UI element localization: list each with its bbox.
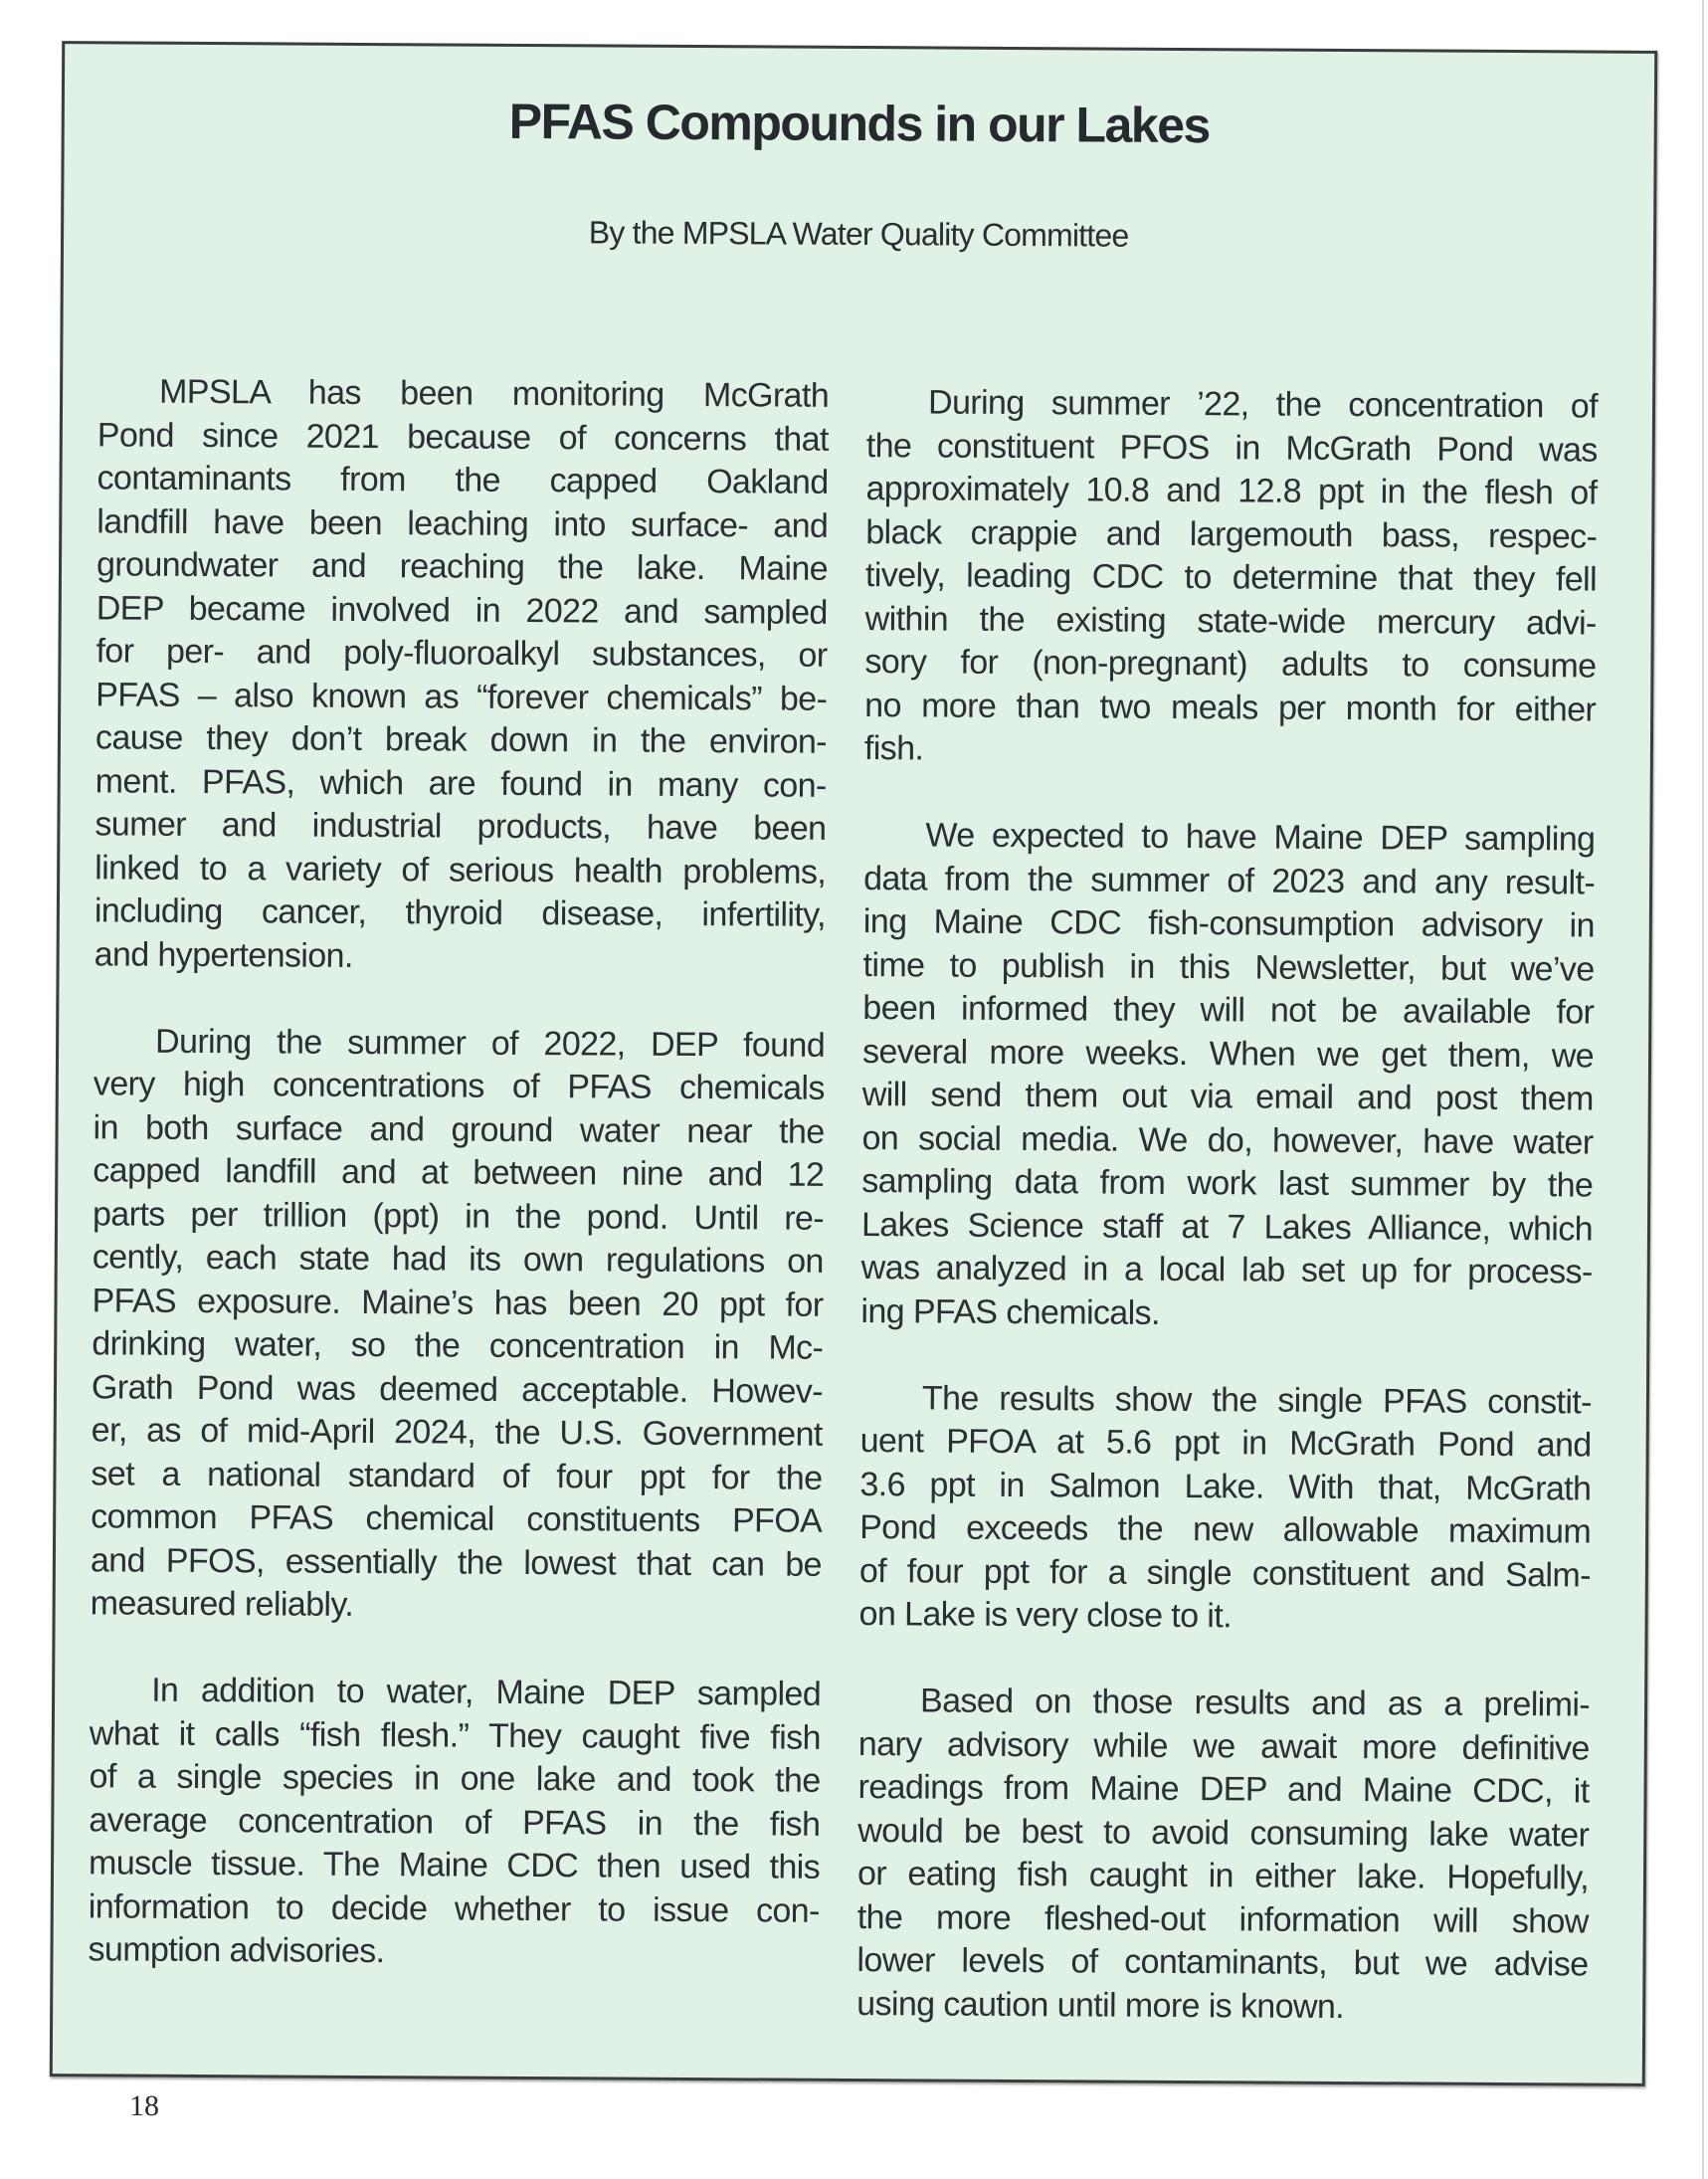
text-line: nary advisory while we await more defini… bbox=[858, 1723, 1590, 1771]
paragraph: The results show the single PFAS constit… bbox=[858, 1377, 1592, 1641]
page-number: 18 bbox=[129, 2089, 159, 2123]
text-line: Pond since 2021 because of concerns that bbox=[97, 414, 829, 462]
text-line: and hypertension. bbox=[95, 933, 826, 981]
text-line: drinking water, so the concentration in … bbox=[92, 1322, 823, 1370]
text-line: parts per trillion (ppt) in the pond. Un… bbox=[93, 1193, 824, 1241]
text-line: data from the summer of 2023 and any res… bbox=[863, 858, 1595, 905]
text-line: groundwater and reaching the lake. Maine bbox=[96, 543, 828, 591]
text-line: measured reliably. bbox=[91, 1582, 822, 1630]
article-box: PFAS Compounds in our Lakes By the MPSLA… bbox=[50, 41, 1657, 2086]
text-line: lower levels of contaminants, but we adv… bbox=[856, 1939, 1588, 1987]
text-line: of four ppt for a single constituent and… bbox=[859, 1550, 1591, 1598]
article-byline: By the MPSLA Water Quality Committee bbox=[64, 211, 1653, 258]
text-line: been informed they will not be available… bbox=[862, 987, 1594, 1035]
text-line: Grath Pond was deemed acceptable. Howev- bbox=[92, 1366, 823, 1414]
text-line: MPSLA has been monitoring McGrath bbox=[97, 370, 829, 418]
text-line: fish. bbox=[864, 727, 1596, 775]
text-line: linked to a variety of serious health pr… bbox=[95, 847, 826, 894]
left-column: MPSLA has been monitoring McGrathPond si… bbox=[88, 370, 829, 2019]
text-line: tively, leading CDC to determine that th… bbox=[865, 554, 1597, 602]
paragraph: MPSLA has been monitoring McGrathPond si… bbox=[95, 370, 830, 980]
text-line: on Lake is very close to it. bbox=[858, 1593, 1590, 1641]
text-line: During summer ’22, the concentration of bbox=[866, 381, 1598, 429]
text-line: uent PFOA at 5.6 ppt in McGrath Pond and bbox=[860, 1420, 1592, 1468]
text-line: muscle tissue. The Maine CDC then used t… bbox=[89, 1842, 820, 1889]
text-line: would be best to avoid consuming lake wa… bbox=[857, 1810, 1589, 1858]
text-line: PFAS exposure. Maine’s has been 20 ppt f… bbox=[92, 1280, 823, 1327]
text-line: 3.6 ppt in Salmon Lake. With that, McGra… bbox=[859, 1464, 1591, 1511]
text-line: PFAS – also known as “forever chemicals”… bbox=[95, 674, 827, 721]
text-line: of a single species in one lake and took… bbox=[89, 1755, 820, 1803]
text-line: Lakes Science staff at 7 Lakes Alliance,… bbox=[861, 1204, 1593, 1252]
text-line: We expected to have Maine DEP sampling bbox=[863, 814, 1595, 862]
text-line: Pond exceeds the new allowable maximum bbox=[859, 1506, 1591, 1554]
text-line: and PFOS, essentially the lowest that ca… bbox=[91, 1539, 822, 1587]
text-line: capped landfill and at between nine and … bbox=[93, 1149, 824, 1197]
text-line: black crappie and largemouth bass, respe… bbox=[865, 511, 1597, 559]
text-line: was analyzed in a local lab set up for p… bbox=[861, 1247, 1593, 1294]
page-edge bbox=[1702, 0, 1704, 2179]
text-line: Based on those results and as a prelimi- bbox=[858, 1680, 1590, 1727]
text-line: landfill have been leaching into surface… bbox=[96, 500, 828, 548]
text-line: very high concentrations of PFAS chemica… bbox=[94, 1063, 825, 1110]
text-line: time to publish in this Newsletter, but … bbox=[862, 944, 1594, 992]
text-line: sumer and industrial products, have been bbox=[95, 803, 826, 851]
text-line: in both surface and ground water near th… bbox=[93, 1106, 824, 1154]
paragraph: During summer ’22, the concentration oft… bbox=[864, 381, 1598, 775]
text-line: common PFAS chemical constituents PFOA bbox=[91, 1495, 822, 1543]
paragraph: In addition to water, Maine DEP sampledw… bbox=[88, 1669, 821, 1976]
text-line: no more than two meals per month for eit… bbox=[864, 685, 1596, 732]
paragraph: We expected to have Maine DEP samplingda… bbox=[860, 814, 1595, 1337]
text-line: information to decide whether to issue c… bbox=[89, 1885, 820, 1933]
text-line: readings from Maine DEP and Maine CDC, i… bbox=[857, 1766, 1589, 1814]
text-line: During the summer of 2022, DEP found bbox=[94, 1020, 825, 1068]
text-line: er, as of mid-April 2024, the U.S. Gover… bbox=[92, 1409, 823, 1457]
article-title: PFAS Compounds in our Lakes bbox=[65, 90, 1654, 157]
text-line: ing Maine CDC fish-consumption advisory … bbox=[863, 900, 1595, 948]
text-line: within the existing state-wide mercury a… bbox=[865, 598, 1597, 646]
text-line: on social media. We do, however, have wa… bbox=[861, 1117, 1593, 1165]
text-line: sampling data from work last summer by t… bbox=[861, 1160, 1593, 1208]
text-line: including cancer, thyroid disease, infer… bbox=[95, 890, 826, 937]
text-line: ment. PFAS, which are found in many con- bbox=[95, 760, 827, 808]
text-line: sumption advisories. bbox=[88, 1928, 819, 1976]
text-line: DEP became involved in 2022 and sampled bbox=[96, 587, 828, 635]
text-line: will send them out via email and post th… bbox=[862, 1074, 1594, 1121]
text-line: or eating fish caught in either lake. Ho… bbox=[857, 1853, 1589, 1900]
text-line: the more fleshed-out information will sh… bbox=[857, 1896, 1589, 1944]
text-line: what it calls “fish flesh.” They caught … bbox=[90, 1712, 821, 1760]
paragraph: Based on those results and as a prelimi-… bbox=[856, 1680, 1590, 2030]
text-line: the constituent PFOS in McGrath Pond was bbox=[866, 425, 1598, 473]
text-line: In addition to water, Maine DEP sampled bbox=[90, 1669, 821, 1716]
text-line: cently, each state had its own regulatio… bbox=[93, 1236, 824, 1284]
right-column: During summer ’22, the concentration oft… bbox=[856, 381, 1598, 2074]
text-line: ing PFAS chemicals. bbox=[860, 1290, 1592, 1338]
text-line: several more weeks. When we get them, we bbox=[862, 1031, 1594, 1079]
text-line: for per- and poly-fluoroalkyl substances… bbox=[95, 630, 827, 678]
text-line: approximately 10.8 and 12.8 ppt in the f… bbox=[865, 468, 1597, 515]
text-line: contaminants from the capped Oakland bbox=[96, 457, 828, 504]
paragraph: During the summer of 2022, DEP foundvery… bbox=[91, 1020, 826, 1630]
text-line: cause they don’t break down in the envir… bbox=[95, 716, 827, 764]
text-line: using caution until more is known. bbox=[856, 1983, 1588, 2031]
text-line: set a national standard of four ppt for … bbox=[91, 1453, 822, 1500]
text-line: average concentration of PFAS in the fis… bbox=[89, 1799, 820, 1847]
text-line: The results show the single PFAS constit… bbox=[860, 1377, 1592, 1425]
text-line: sory for (non-pregnant) adults to consum… bbox=[864, 641, 1596, 689]
